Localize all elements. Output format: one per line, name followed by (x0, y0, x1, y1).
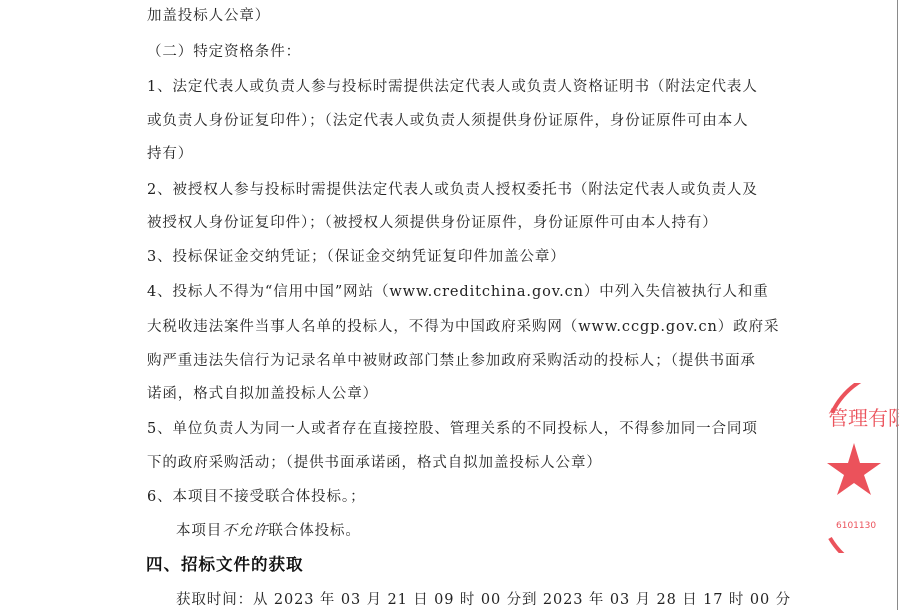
stamp-text-top: 管理有限 (828, 406, 899, 430)
requirement-2-line-2: 被授权人身份证复印件）；（被授权人须提供身份证原件，身份证原件可由本人持有） (147, 213, 718, 233)
subsection-heading-special-qualifications: （二）特定资格条件： (147, 42, 301, 62)
consortium-not-allowed: 不允许 (222, 523, 268, 539)
consortium-suffix: 联合体投标。 (268, 523, 360, 539)
document-page: 加盖投标人公章） （二）特定资格条件： 1、法定代表人或负责人参与投标时需提供法… (0, 0, 897, 610)
requirement-4-line-3: 购严重违法失信行为记录名单中被财政部门禁止参加政府采购活动的投标人；（提供书面承 (147, 351, 756, 371)
requirement-1-line-3: 持有） (147, 144, 193, 164)
stamp-text-bottom: 6101130 (836, 521, 876, 531)
requirement-4-line-2: 大税收违法案件当事人名单的投标人，不得为中国政府采购网（www.ccgp.gov… (147, 317, 779, 337)
star-icon (827, 443, 881, 495)
consortium-statement: 本项目不允许联合体投标。 (176, 521, 361, 541)
requirement-5-line-1: 5、单位负责人为同一人或者存在直接控股、管理关系的不同投标人，不得参加同一合同项 (147, 419, 758, 439)
requirement-1-line-1: 1、法定代表人或负责人参与投标时需提供法定代表人或负责人资格证明书（附法定代表人 (147, 77, 758, 97)
official-seal-stamp: 管理有限 6101130 (822, 383, 899, 553)
requirement-6: 6、本项目不接受联合体投标。； (147, 487, 365, 507)
consortium-prefix: 本项目 (176, 523, 222, 539)
requirement-4-line-4: 诺函，格式自拟加盖投标人公章） (147, 384, 378, 404)
section-heading-document-acquisition: 四、招标文件的获取 (146, 554, 304, 576)
requirement-1-line-2: 或负责人身份证复印件）；（法定代表人或负责人须提供身份证原件，身份证原件可由本人 (147, 111, 749, 131)
page-edge-divider (897, 0, 898, 610)
requirement-2-line-1: 2、被授权人参与投标时需提供法定代表人或负责人授权委托书（附法定代表人或负责人及 (147, 180, 758, 200)
requirement-5-line-2: 下的政府采购活动；（提供书面承诺函，格式自拟加盖投标人公章） (147, 453, 602, 473)
acquisition-time: 获取时间：从 2023 年 03 月 21 日 09 时 00 分到 2023 … (176, 590, 791, 610)
requirement-4-line-1: 4、投标人不得为“信用中国”网站（www.creditchina.gov.cn）… (147, 282, 769, 302)
requirement-3: 3、投标保证金交纳凭证；（保证金交纳凭证复印件加盖公章） (147, 247, 566, 267)
text-line: 加盖投标人公章） (147, 6, 270, 26)
